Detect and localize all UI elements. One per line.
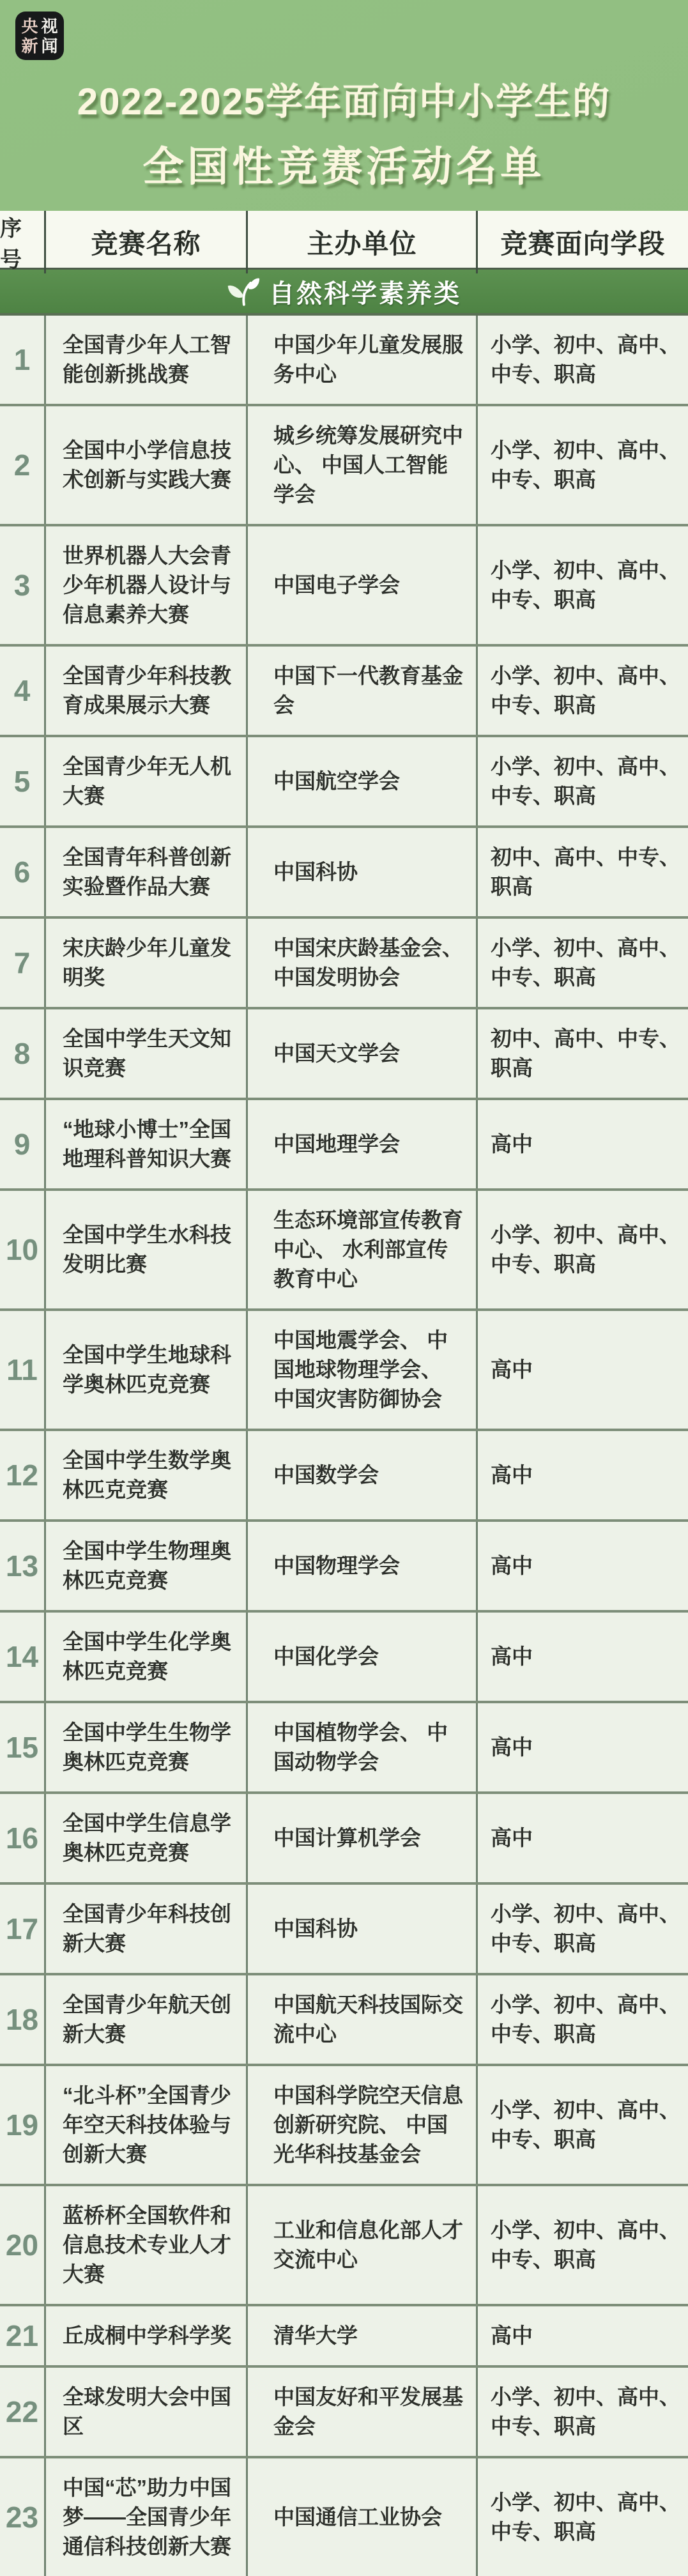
stages-cell: 小学、初中、高中、中专、职高 — [478, 919, 688, 1007]
row-number-cell: 6 — [0, 828, 46, 916]
organizer-cell-text: 中国地震学会、 中国地球物理学会、 中国灾害防御协会 — [273, 1326, 467, 1414]
organizer-cell: 中国地震学会、 中国地球物理学会、 中国灾害防御协会 — [248, 1311, 478, 1429]
table-row: 20蓝桥杯全国软件和信息技术专业人才大赛工业和信息化部人才交流中心小学、初中、高… — [0, 2184, 688, 2304]
stages-cell-text: 高中 — [491, 1460, 533, 1490]
infographic-page: 央 视 新 闻 2022-2025学年面向中小学生的 全国性竞赛活动名单 序号 … — [0, 0, 688, 2576]
row-number-cell: 23 — [0, 2458, 46, 2576]
stages-cell: 高中 — [478, 2306, 688, 2365]
stages-cell: 小学、初中、高中、中专、职高 — [478, 647, 688, 735]
logo-char: 央 — [21, 18, 38, 34]
row-number-cell: 5 — [0, 737, 46, 825]
organizer-cell-text: 生态环境部宣传教育中心、 水利部宣传教育中心 — [273, 1206, 467, 1294]
stages-cell-text: 小学、初中、高中、中专、职高 — [491, 2382, 683, 2441]
stages-cell-text: 高中 — [491, 1551, 533, 1581]
row-number-cell: 12 — [0, 1431, 46, 1519]
table-row: 4全国青少年科技教育成果展示大赛中国下一代教育基金会小学、初中、高中、中专、职高 — [0, 644, 688, 735]
organizer-cell-text: 城乡统筹发展研究中心、 中国人工智能学会 — [273, 421, 467, 509]
competition-name-cell: 全国青少年无人机大赛 — [46, 737, 248, 825]
competition-name-cell: 全国青少年科技教育成果展示大赛 — [46, 647, 248, 735]
organizer-cell: 中国科协 — [248, 828, 478, 916]
row-number-cell: 3 — [0, 526, 46, 644]
row-number-cell-text: 13 — [6, 1551, 38, 1581]
competition-name-cell: 全国中学生物理奥林匹克竞赛 — [46, 1522, 248, 1610]
row-number-cell-text: 7 — [14, 948, 31, 977]
row-number-cell: 13 — [0, 1522, 46, 1610]
stages-cell: 初中、高中、中专、职高 — [478, 1009, 688, 1098]
competition-name-cell-text: 全国中学生化学奥林匹克竞赛 — [63, 1627, 237, 1686]
stages-cell: 小学、初中、高中、中专、职高 — [478, 1885, 688, 1973]
row-number-cell-text: 2 — [14, 450, 31, 480]
stages-cell-text: 高中 — [491, 1355, 533, 1384]
table-row: 3世界机器人大会青少年机器人设计与信息素养大赛中国电子学会小学、初中、高中、中专… — [0, 524, 688, 644]
row-number-cell: 20 — [0, 2186, 46, 2304]
competition-name-cell: 全国中学生地球科学奥林匹克竞赛 — [46, 1311, 248, 1429]
organizer-cell-text: 中国通信工业协会 — [273, 2503, 442, 2532]
organizer-cell: 中国植物学会、 中国动物学会 — [248, 1703, 478, 1791]
organizer-cell: 中国地理学会 — [248, 1100, 478, 1188]
table-row: 13全国中学生物理奥林匹克竞赛中国物理学会高中 — [0, 1519, 688, 1610]
organizer-cell: 中国通信工业协会 — [248, 2458, 478, 2576]
organizer-cell-text: 中国计算机学会 — [273, 1823, 421, 1853]
competition-name-cell: 全国青少年人工智能创新挑战赛 — [46, 316, 248, 404]
stages-cell-text: 初中、高中、中专、职高 — [491, 1024, 683, 1083]
row-number-cell-text: 5 — [14, 767, 31, 796]
row-number-cell-text: 16 — [6, 1823, 38, 1853]
competition-name-cell-text: 中国“芯”助力中国梦——全国青少年通信科技创新大赛 — [63, 2473, 237, 2561]
row-number-cell-text: 1 — [14, 345, 31, 374]
row-number-cell-text: 20 — [6, 2230, 38, 2260]
organizer-cell-text: 中国科协 — [273, 1914, 358, 1943]
organizer-cell-text: 中国少年儿童发展服务中心 — [273, 330, 467, 389]
row-number-cell: 7 — [0, 919, 46, 1007]
competition-name-cell: 全球发明大会中国区 — [46, 2368, 248, 2456]
organizer-cell: 城乡统筹发展研究中心、 中国人工智能学会 — [248, 406, 478, 524]
organizer-cell: 中国天文学会 — [248, 1009, 478, 1098]
organizer-cell-text: 中国宋庆龄基金会、中国发明协会 — [273, 933, 467, 992]
stages-cell-text: 高中 — [491, 1733, 533, 1762]
row-number-cell-text: 17 — [6, 1914, 38, 1943]
competition-name-cell: 全国中学生天文知识竞赛 — [46, 1009, 248, 1098]
logo-char: 视 — [41, 18, 57, 34]
stages-cell-text: 小学、初中、高中、中专、职高 — [491, 1990, 683, 2049]
row-number-cell: 9 — [0, 1100, 46, 1188]
table-row: 1全国青少年人工智能创新挑战赛中国少年儿童发展服务中心小学、初中、高中、中专、职… — [0, 316, 688, 404]
row-number-cell: 14 — [0, 1613, 46, 1701]
row-number-cell-text: 4 — [14, 676, 31, 705]
stages-cell-text: 高中 — [491, 1642, 533, 1671]
competition-name-cell-text: 全国青少年人工智能创新挑战赛 — [63, 330, 237, 389]
column-header-name: 竞赛名称 — [46, 211, 248, 273]
organizer-cell: 清华大学 — [248, 2306, 478, 2365]
organizer-cell-text: 中国友好和平发展基金会 — [273, 2382, 467, 2441]
competition-name-cell: 宋庆龄少年儿童发明奖 — [46, 919, 248, 1007]
organizer-cell: 中国下一代教育基金会 — [248, 647, 478, 735]
organizer-cell: 中国宋庆龄基金会、中国发明协会 — [248, 919, 478, 1007]
stages-cell: 高中 — [478, 1100, 688, 1188]
competition-name-cell-text: 丘成桐中学科学奖 — [63, 2321, 231, 2350]
competition-name-cell: 全国青少年科技创新大赛 — [46, 1885, 248, 1973]
organizer-cell-text: 中国物理学会 — [273, 1551, 400, 1581]
row-number-cell: 19 — [0, 2066, 46, 2184]
competition-name-cell-text: “地球小博士”全国地理科普知识大赛 — [63, 1115, 237, 1174]
competition-name-cell-text: 全国青少年无人机大赛 — [63, 752, 237, 811]
competition-name-cell-text: 全国中学生地球科学奥林匹克竞赛 — [63, 1340, 237, 1399]
table-row: 7宋庆龄少年儿童发明奖中国宋庆龄基金会、中国发明协会小学、初中、高中、中专、职高 — [0, 916, 688, 1007]
table-row: 10全国中学生水科技发明比赛生态环境部宣传教育中心、 水利部宣传教育中心小学、初… — [0, 1188, 688, 1308]
table-header-row: 序号 竞赛名称 主办单位 竞赛面向学段 — [0, 211, 688, 270]
row-number-cell-text: 23 — [6, 2503, 38, 2532]
table-row: 16全国中学生信息学奥林匹克竞赛中国计算机学会高中 — [0, 1791, 688, 1882]
organizer-cell: 中国数学会 — [248, 1431, 478, 1519]
competition-name-cell-text: 全国青少年科技教育成果展示大赛 — [63, 661, 237, 720]
column-header-organizer: 主办单位 — [248, 211, 478, 273]
row-number-cell: 8 — [0, 1009, 46, 1098]
competition-name-cell: 丘成桐中学科学奖 — [46, 2306, 248, 2365]
stages-cell-text: 高中 — [491, 1823, 533, 1853]
row-number-cell: 4 — [0, 647, 46, 735]
stages-cell-text: 小学、初中、高中、中专、职高 — [491, 1220, 683, 1279]
organizer-cell-text: 中国数学会 — [273, 1460, 379, 1490]
stages-cell: 小学、初中、高中、中专、职高 — [478, 406, 688, 524]
competition-name-cell: 全国中学生生物学奥林匹克竞赛 — [46, 1703, 248, 1791]
organizer-cell-text: 中国科学院空天信息创新研究院、 中国光华科技基金会 — [273, 2081, 467, 2169]
competition-name-cell-text: 世界机器人大会青少年机器人设计与信息素养大赛 — [63, 541, 237, 629]
row-number-cell: 2 — [0, 406, 46, 524]
organizer-cell: 中国物理学会 — [248, 1522, 478, 1610]
row-number-cell-text: 19 — [6, 2110, 38, 2140]
stages-cell: 小学、初中、高中、中专、职高 — [478, 526, 688, 644]
row-number-cell-text: 3 — [14, 571, 31, 600]
competition-table: 序号 竞赛名称 主办单位 竞赛面向学段 自然科学素养类 1全国青少年人工智能创新… — [0, 211, 688, 2576]
table-row: 5全国青少年无人机大赛中国航空学会小学、初中、高中、中专、职高 — [0, 735, 688, 825]
row-number-cell: 16 — [0, 1794, 46, 1882]
table-row: 17全国青少年科技创新大赛中国科协小学、初中、高中、中专、职高 — [0, 1882, 688, 1973]
competition-name-cell: 全国青年科普创新实验暨作品大赛 — [46, 828, 248, 916]
competition-name-cell-text: 全国青年科普创新实验暨作品大赛 — [63, 843, 237, 901]
table-row: 23中国“芯”助力中国梦——全国青少年通信科技创新大赛中国通信工业协会小学、初中… — [0, 2456, 688, 2576]
competition-name-cell-text: 全国中学生水科技发明比赛 — [63, 1220, 237, 1279]
organizer-cell: 中国友好和平发展基金会 — [248, 2368, 478, 2456]
stages-cell-text: 小学、初中、高中、中专、职高 — [491, 933, 683, 992]
stages-cell: 小学、初中、高中、中专、职高 — [478, 2368, 688, 2456]
table-row: 6全国青年科普创新实验暨作品大赛中国科协初中、高中、中专、职高 — [0, 825, 688, 916]
competition-name-cell: 中国“芯”助力中国梦——全国青少年通信科技创新大赛 — [46, 2458, 248, 2576]
organizer-cell: 中国航天科技国际交流中心 — [248, 1975, 478, 2064]
stages-cell: 小学、初中、高中、中专、职高 — [478, 1975, 688, 2064]
row-number-cell: 10 — [0, 1191, 46, 1308]
organizer-cell: 中国科协 — [248, 1885, 478, 1973]
competition-name-cell: 全国中学生信息学奥林匹克竞赛 — [46, 1794, 248, 1882]
row-number-cell-text: 10 — [6, 1235, 38, 1264]
logo-char: 闻 — [41, 38, 57, 54]
competition-name-cell-text: 全国青少年科技创新大赛 — [63, 1899, 237, 1958]
stages-cell: 小学、初中、高中、中专、职高 — [478, 316, 688, 404]
row-number-cell-text: 9 — [14, 1130, 31, 1159]
table-row: 11全国中学生地球科学奥林匹克竞赛中国地震学会、 中国地球物理学会、 中国灾害防… — [0, 1308, 688, 1429]
leaf-icon — [227, 275, 260, 308]
organizer-cell-text: 中国航空学会 — [273, 767, 400, 796]
row-number-cell: 17 — [0, 1885, 46, 1973]
logo-char: 新 — [21, 38, 38, 54]
column-header-stages: 竞赛面向学段 — [478, 211, 688, 273]
organizer-cell-text: 中国航天科技国际交流中心 — [273, 1990, 467, 2049]
stages-cell-text: 高中 — [491, 1130, 533, 1159]
competition-name-cell: 世界机器人大会青少年机器人设计与信息素养大赛 — [46, 526, 248, 644]
row-number-cell-text: 21 — [6, 2321, 38, 2350]
competition-name-cell-text: 全国中小学信息技术创新与实践大赛 — [63, 436, 237, 494]
stages-cell: 高中 — [478, 1431, 688, 1519]
title-line-2: 全国性竞赛活动名单 — [0, 134, 688, 193]
category-label: 自然科学素养类 — [269, 273, 461, 310]
competition-name-cell: 全国中学生水科技发明比赛 — [46, 1191, 248, 1308]
organizer-cell: 中国航空学会 — [248, 737, 478, 825]
organizer-cell-text: 中国下一代教育基金会 — [273, 661, 467, 720]
stages-cell: 高中 — [478, 1703, 688, 1791]
row-number-cell-text: 6 — [14, 857, 31, 887]
stages-cell-text: 小学、初中、高中、中专、职高 — [491, 1899, 683, 1958]
stages-cell-text: 初中、高中、中专、职高 — [491, 843, 683, 901]
row-number-cell-text: 14 — [6, 1642, 38, 1671]
competition-name-cell-text: 全国中学生生物学奥林匹克竞赛 — [63, 1718, 237, 1777]
stages-cell: 高中 — [478, 1522, 688, 1610]
row-number-cell: 11 — [0, 1311, 46, 1429]
stages-cell-text: 小学、初中、高中、中专、职高 — [491, 2096, 683, 2154]
stages-cell-text: 小学、初中、高中、中专、职高 — [491, 330, 683, 389]
stages-cell: 高中 — [478, 1311, 688, 1429]
competition-name-cell: 蓝桥杯全国软件和信息技术专业人才大赛 — [46, 2186, 248, 2304]
table-row: 15全国中学生生物学奥林匹克竞赛中国植物学会、 中国动物学会高中 — [0, 1701, 688, 1791]
competition-name-cell: 全国青少年航天创新大赛 — [46, 1975, 248, 2064]
row-number-cell-text: 8 — [14, 1039, 31, 1068]
row-number-cell: 18 — [0, 1975, 46, 2064]
cctv-news-logo: 央 视 新 闻 — [15, 11, 64, 60]
table-row: 8全国中学生天文知识竞赛中国天文学会初中、高中、中专、职高 — [0, 1007, 688, 1098]
table-row: 14全国中学生化学奥林匹克竞赛中国化学会高中 — [0, 1610, 688, 1701]
competition-name-cell: 全国中学生数学奥林匹克竞赛 — [46, 1431, 248, 1519]
organizer-cell: 中国电子学会 — [248, 526, 478, 644]
competition-name-cell-text: 全国中学生天文知识竞赛 — [63, 1024, 237, 1083]
table-row: 19“北斗杯”全国青少年空天科技体验与创新大赛中国科学院空天信息创新研究院、 中… — [0, 2064, 688, 2184]
table-row: 22全球发明大会中国区中国友好和平发展基金会小学、初中、高中、中专、职高 — [0, 2365, 688, 2456]
competition-name-cell-text: 蓝桥杯全国软件和信息技术专业人才大赛 — [63, 2201, 237, 2289]
organizer-cell-text: 中国电子学会 — [273, 571, 400, 600]
title-line-1: 2022-2025学年面向中小学生的 — [0, 72, 688, 125]
table-row: 9“地球小博士”全国地理科普知识大赛中国地理学会高中 — [0, 1098, 688, 1188]
row-number-cell: 22 — [0, 2368, 46, 2456]
competition-name-cell-text: 宋庆龄少年儿童发明奖 — [63, 933, 237, 992]
competition-name-cell: “北斗杯”全国青少年空天科技体验与创新大赛 — [46, 2066, 248, 2184]
table-body: 1全国青少年人工智能创新挑战赛中国少年儿童发展服务中心小学、初中、高中、中专、职… — [0, 316, 688, 2576]
table-row: 12全国中学生数学奥林匹克竞赛中国数学会高中 — [0, 1429, 688, 1519]
competition-name-cell: “地球小博士”全国地理科普知识大赛 — [46, 1100, 248, 1188]
stages-cell: 高中 — [478, 1613, 688, 1701]
stages-cell-text: 小学、初中、高中、中专、职高 — [491, 556, 683, 615]
category-banner: 自然科学素养类 — [0, 270, 688, 316]
competition-name-cell: 全国中小学信息技术创新与实践大赛 — [46, 406, 248, 524]
stages-cell: 小学、初中、高中、中专、职高 — [478, 2186, 688, 2304]
column-header-no: 序号 — [0, 211, 46, 273]
stages-cell-text: 小学、初中、高中、中专、职高 — [491, 661, 683, 720]
organizer-cell: 中国化学会 — [248, 1613, 478, 1701]
stages-cell-text: 小学、初中、高中、中专、职高 — [491, 2216, 683, 2274]
stages-cell-text: 高中 — [491, 2321, 533, 2350]
competition-name-cell: 全国中学生化学奥林匹克竞赛 — [46, 1613, 248, 1701]
table-row: 2全国中小学信息技术创新与实践大赛城乡统筹发展研究中心、 中国人工智能学会小学、… — [0, 404, 688, 524]
row-number-cell: 15 — [0, 1703, 46, 1791]
organizer-cell: 中国科学院空天信息创新研究院、 中国光华科技基金会 — [248, 2066, 478, 2184]
stages-cell-text: 小学、初中、高中、中专、职高 — [491, 436, 683, 494]
competition-name-cell-text: 全国中学生信息学奥林匹克竞赛 — [63, 1809, 237, 1867]
table-row: 21丘成桐中学科学奖清华大学高中 — [0, 2304, 688, 2365]
organizer-cell-text: 工业和信息化部人才交流中心 — [273, 2216, 467, 2274]
organizer-cell: 中国少年儿童发展服务中心 — [248, 316, 478, 404]
organizer-cell-text: 清华大学 — [273, 2321, 358, 2350]
stages-cell: 初中、高中、中专、职高 — [478, 828, 688, 916]
organizer-cell-text: 中国天文学会 — [273, 1039, 400, 1068]
stages-cell: 小学、初中、高中、中专、职高 — [478, 1191, 688, 1308]
organizer-cell-text: 中国科协 — [273, 857, 358, 887]
table-row: 18全国青少年航天创新大赛中国航天科技国际交流中心小学、初中、高中、中专、职高 — [0, 1973, 688, 2064]
competition-name-cell-text: 全国中学生数学奥林匹克竞赛 — [63, 1446, 237, 1505]
row-number-cell: 21 — [0, 2306, 46, 2365]
competition-name-cell-text: 全国中学生物理奥林匹克竞赛 — [63, 1537, 237, 1595]
organizer-cell: 生态环境部宣传教育中心、 水利部宣传教育中心 — [248, 1191, 478, 1308]
stages-cell: 小学、初中、高中、中专、职高 — [478, 737, 688, 825]
organizer-cell-text: 中国植物学会、 中国动物学会 — [273, 1718, 467, 1777]
stages-cell-text: 小学、初中、高中、中专、职高 — [491, 752, 683, 811]
organizer-cell: 中国计算机学会 — [248, 1794, 478, 1882]
competition-name-cell-text: “北斗杯”全国青少年空天科技体验与创新大赛 — [63, 2081, 237, 2169]
competition-name-cell-text: 全国青少年航天创新大赛 — [63, 1990, 237, 2049]
competition-name-cell-text: 全球发明大会中国区 — [63, 2382, 237, 2441]
stages-cell: 小学、初中、高中、中专、职高 — [478, 2458, 688, 2576]
stages-cell: 小学、初中、高中、中专、职高 — [478, 2066, 688, 2184]
row-number-cell-text: 15 — [6, 1733, 38, 1762]
organizer-cell-text: 中国地理学会 — [273, 1130, 400, 1159]
organizer-cell: 工业和信息化部人才交流中心 — [248, 2186, 478, 2304]
row-number-cell-text: 12 — [6, 1460, 38, 1490]
organizer-cell-text: 中国化学会 — [273, 1642, 379, 1671]
stages-cell: 高中 — [478, 1794, 688, 1882]
stages-cell-text: 小学、初中、高中、中专、职高 — [491, 2488, 683, 2547]
page-title: 2022-2025学年面向中小学生的 全国性竞赛活动名单 — [0, 0, 688, 211]
row-number-cell-text: 18 — [6, 2005, 38, 2034]
row-number-cell-text: 22 — [6, 2397, 38, 2426]
row-number-cell-text: 11 — [6, 1355, 38, 1384]
row-number-cell: 1 — [0, 316, 46, 404]
